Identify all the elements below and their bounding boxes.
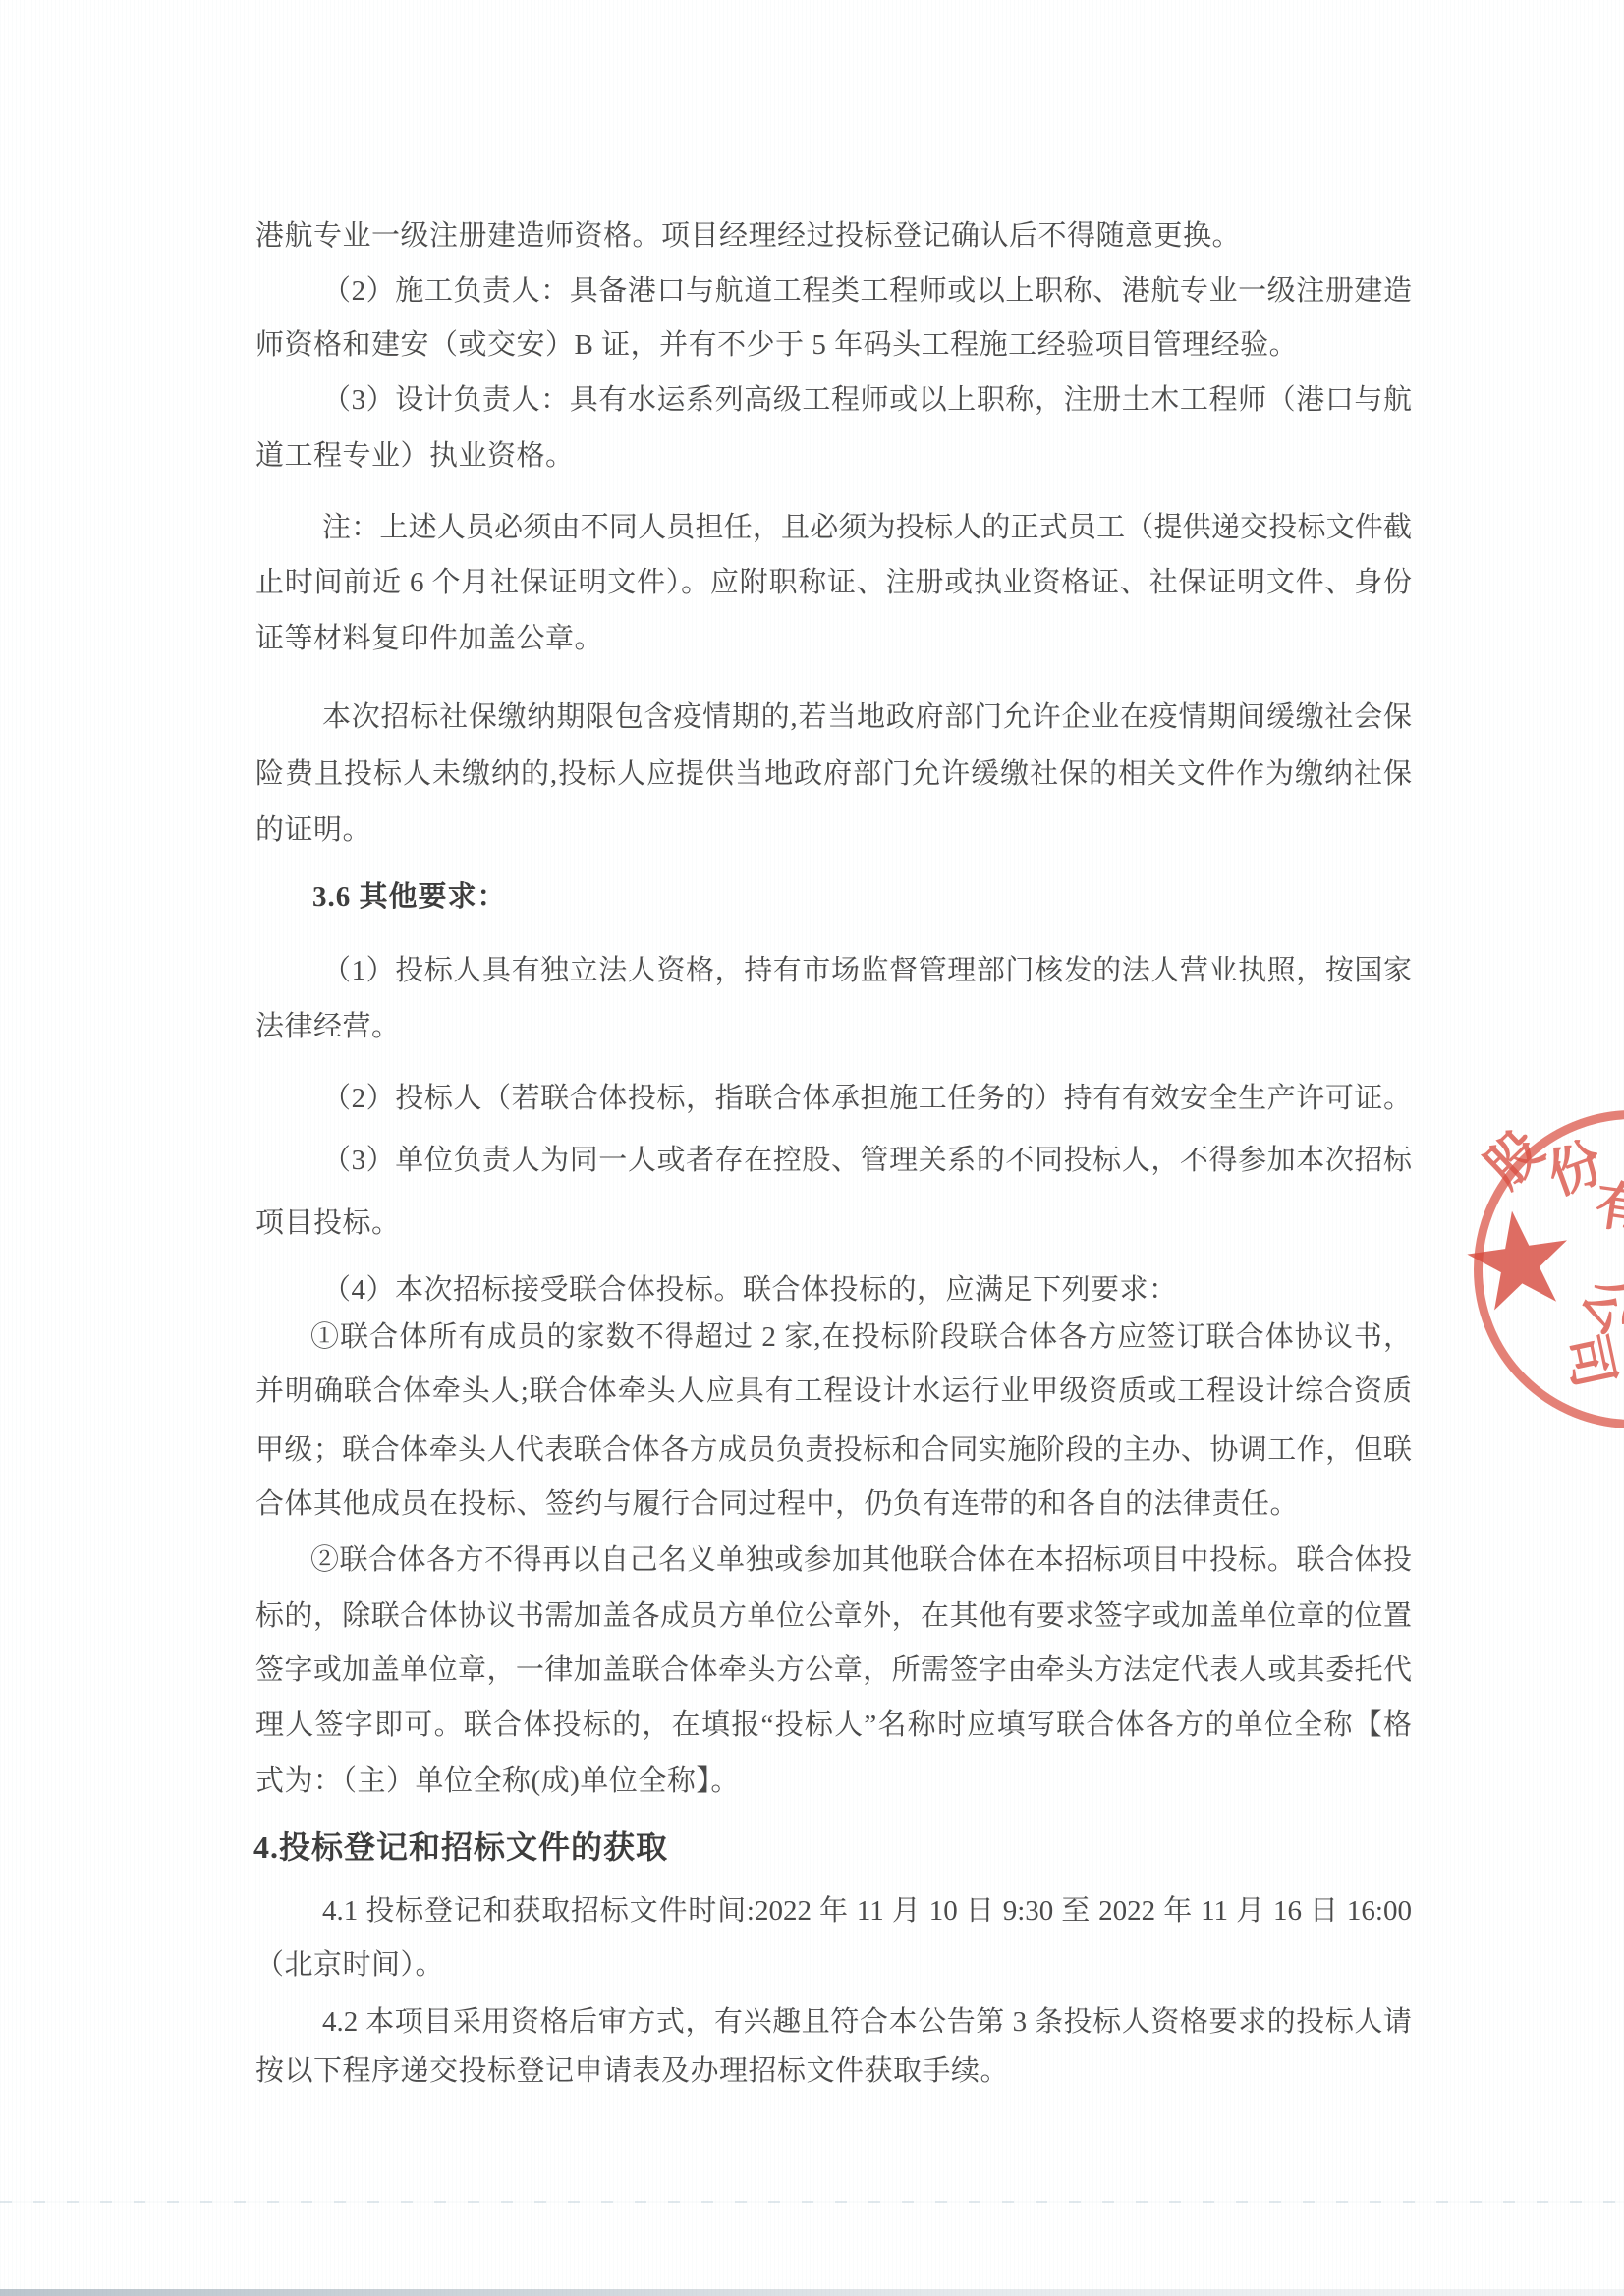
text-line: 标的，除联合体协议书需加盖各成员方单位公章外，在其他有要求签字或加盖单位章的位置 — [255, 1598, 1412, 1634]
section-heading: 3.6 其他要求： — [312, 879, 507, 915]
text-line: ①联合体所有成员的家数不得超过 2 家,在投标阶段联合体各方应签订联合体协议书， — [310, 1319, 1412, 1355]
text-line: 4.2 本项目采用资格后审方式，有兴趣且符合本公告第 3 条投标人资格要求的投标… — [322, 2004, 1412, 2040]
text-line: 的证明。 — [255, 812, 371, 848]
text-line: （1）投标人具有独立法人资格，持有市场监督管理部门核发的法人营业执照，按国家 — [322, 953, 1412, 988]
document-text-layer: 港航专业一级注册建造师资格。项目经理经过投标登记确认后不得随意更换。（2）施工负… — [0, 0, 1624, 2296]
scanned-document-page: 港航专业一级注册建造师资格。项目经理经过投标登记确认后不得随意更换。（2）施工负… — [0, 0, 1624, 2296]
text-line: 法律经营。 — [255, 1009, 401, 1044]
text-line: （2）施工负责人：具备港口与航道工程类工程师或以上职称、港航专业一级注册建造 — [322, 273, 1412, 308]
scan-artifact-line — [0, 2201, 1624, 2203]
text-line: 式为：（主）单位全称(成)单位全称】。 — [255, 1764, 740, 1799]
text-line: 止时间前近 6 个月社保证明文件）。应附职称证、注册或执业资格证、社保证明文件、… — [255, 565, 1412, 600]
text-line: 合体其他成员在投标、签约与履行合同过程中，仍负有连带的和各自的法律责任。 — [255, 1486, 1299, 1522]
text-line: 按以下程序递交投标登记申请表及办理招标文件获取手续。 — [255, 2053, 1009, 2089]
text-line: 签字或加盖单位章，一律加盖联合体牵头方公章，所需签字由牵头方法定代表人或其委托代 — [255, 1652, 1412, 1688]
text-line: 甲级；联合体牵头人代表联合体各方成员负责投标和合同实施阶段的主办、协调工作，但联 — [255, 1432, 1412, 1468]
text-line: 证等材料复印件加盖公章。 — [255, 621, 603, 656]
text-line: （北京时间）。 — [255, 1947, 444, 1983]
scan-artifact-band — [0, 2289, 1624, 2296]
text-line: 理人签字即可。联合体投标的，在填报“投标人”名称时应填写联合体各方的单位全称【格 — [255, 1708, 1412, 1743]
text-line: （3）设计负责人：具有水运系列高级工程师或以上职称，注册土木工程师（港口与航 — [322, 382, 1412, 418]
text-line: 项目投标。 — [255, 1205, 401, 1241]
text-line: 港航专业一级注册建造师资格。项目经理经过投标登记确认后不得随意更换。 — [255, 218, 1241, 253]
text-line: 险费且投标人未缴纳的,投标人应提供当地政府部门允许缓缴社保的相关文件作为缴纳社保 — [255, 756, 1412, 792]
text-line: 并明确联合体牵头人;联合体牵头人应具有工程设计水运行业甲级资质或工程设计综合资质 — [255, 1373, 1412, 1409]
text-line: ②联合体各方不得再以自己名义单独或参加其他联合体在本招标项目中投标。联合体投 — [310, 1542, 1412, 1578]
text-line: 本次招标社保缴纳期限包含疫情期的,若当地政府部门允许企业在疫情期间缓缴社会保 — [322, 700, 1412, 735]
text-line: 4.1 投标登记和获取招标文件时间:2022 年 11 月 10 日 9:30 … — [322, 1893, 1412, 1929]
text-line: （4）本次招标接受联合体投标。联合体投标的，应满足下列要求： — [322, 1272, 1178, 1308]
text-line: 师资格和建安（或交安）B 证，并有不少于 5 年码头工程施工经验项目管理经验。 — [255, 327, 1298, 363]
text-line: 道工程专业）执业资格。 — [255, 438, 575, 474]
text-line: 注：上述人员必须由不同人员担任，且必须为投标人的正式员工（提供递交投标文件截 — [322, 510, 1412, 545]
text-line: （2）投标人（若联合体投标，指联合体承担施工任务的）持有有效安全生产许可证。 — [322, 1081, 1412, 1116]
text-line: （3）单位负责人为同一人或者存在控股、管理关系的不同投标人，不得参加本次招标 — [322, 1143, 1412, 1178]
section-heading: 4.投标登记和招标文件的获取 — [253, 1829, 668, 1865]
